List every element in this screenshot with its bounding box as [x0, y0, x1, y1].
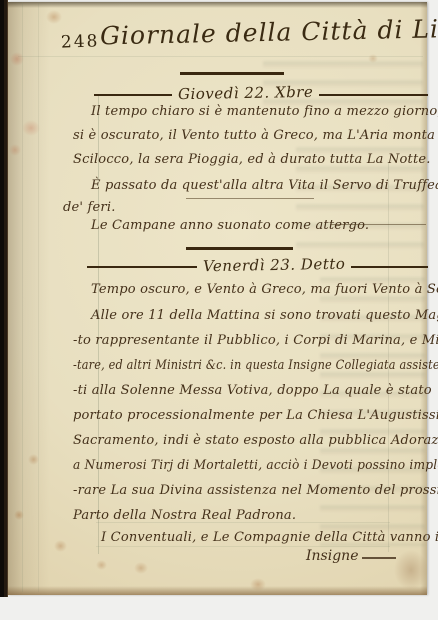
date-rule-right: [351, 266, 428, 268]
manuscript-line: si è oscurato, il Vento tutto à Greco, m…: [73, 124, 429, 148]
date-rule-left: [94, 94, 172, 96]
fox-spot: [394, 550, 428, 590]
filler-rule: [330, 224, 426, 225]
margin-rule-left-inner: [38, 2, 39, 592]
fox-spot: [46, 10, 62, 24]
margin-rule-left-outer: [22, 2, 23, 592]
manuscript-page: 248 Giornale della Città di Livorno Giov…: [8, 2, 427, 595]
entry-paragraph: Le Campane anno suonato come attergo.: [73, 214, 429, 238]
manuscript-line: a Numerosi Tirj di Mortaletti, acciò i D…: [73, 453, 408, 478]
catchword-flourish: [362, 557, 396, 559]
manuscript-line: -ti alla Solenne Messa Votiva, doppo La …: [73, 378, 429, 403]
filler-rule: [186, 198, 314, 199]
manuscript-line: -to rappresentante il Pubblico, i Corpi …: [73, 328, 429, 353]
date-heading: Venerdì 23. Detto: [197, 255, 352, 276]
journal-title: Giornale della Città di Livorno: [100, 15, 427, 51]
manuscript-line: Sacramento, indi è stato esposto alla pu…: [73, 428, 429, 453]
entry-paragraph: Il tempo chiaro si è mantenuto fino a me…: [73, 100, 429, 172]
manuscript-line: -rare La sua Divina assistenza nel Momen…: [73, 478, 429, 503]
margin-rule-header: [18, 56, 423, 57]
manuscript-line: portato processionalmente per La Chiesa …: [73, 403, 429, 428]
date-heading-row: Venerdì 23. Detto: [87, 258, 428, 276]
manuscript-line: È passato da quest'alla altra Vita il Se…: [73, 174, 429, 198]
catchword-row: Insigne: [306, 548, 396, 564]
manuscript-line: -tare, ed altri Ministri &c. in questa I…: [73, 353, 383, 378]
fox-spot: [250, 578, 266, 591]
fox-spot: [54, 540, 67, 552]
fox-spot: [134, 562, 148, 574]
manuscript-line: Parto della Nostra Real Padrona.: [73, 503, 429, 528]
fox-spot: [96, 560, 107, 570]
manuscript-line: Tempo oscuro, e Vento à Greco, ma fuori …: [73, 278, 429, 302]
section-divider: [180, 72, 284, 75]
page-number: 248: [61, 31, 100, 52]
fox-spot: [9, 144, 21, 156]
manuscript-line: Il tempo chiaro si è mantenuto fino a me…: [73, 100, 429, 124]
binding-edge: [0, 0, 8, 597]
manuscript-line: Scilocco, la sera Pioggia, ed à durato t…: [73, 148, 429, 172]
page-scan: 248 Giornale della Città di Livorno Giov…: [0, 0, 438, 620]
entry-paragraph: I Conventuali, e Le Compagnie della Citt…: [73, 526, 429, 550]
entry-paragraph: È passato da quest'alla altra Vita il Se…: [73, 174, 429, 218]
manuscript-line: Le Campane anno suonato come attergo.: [73, 214, 429, 238]
date-rule-left: [87, 266, 197, 268]
section-divider: [186, 247, 293, 250]
entry-paragraph: Tempo oscuro, e Vento à Greco, ma fuori …: [73, 278, 429, 302]
manuscript-line: I Conventuali, e Le Compagnie della Citt…: [73, 526, 429, 550]
manuscript-line: Alle ore 11 della Mattina si sono trovat…: [73, 303, 429, 328]
entry-paragraph: Alle ore 11 della Mattina si sono trovat…: [73, 303, 429, 528]
catchword: Insigne: [306, 548, 358, 564]
date-rule-right: [319, 94, 428, 96]
